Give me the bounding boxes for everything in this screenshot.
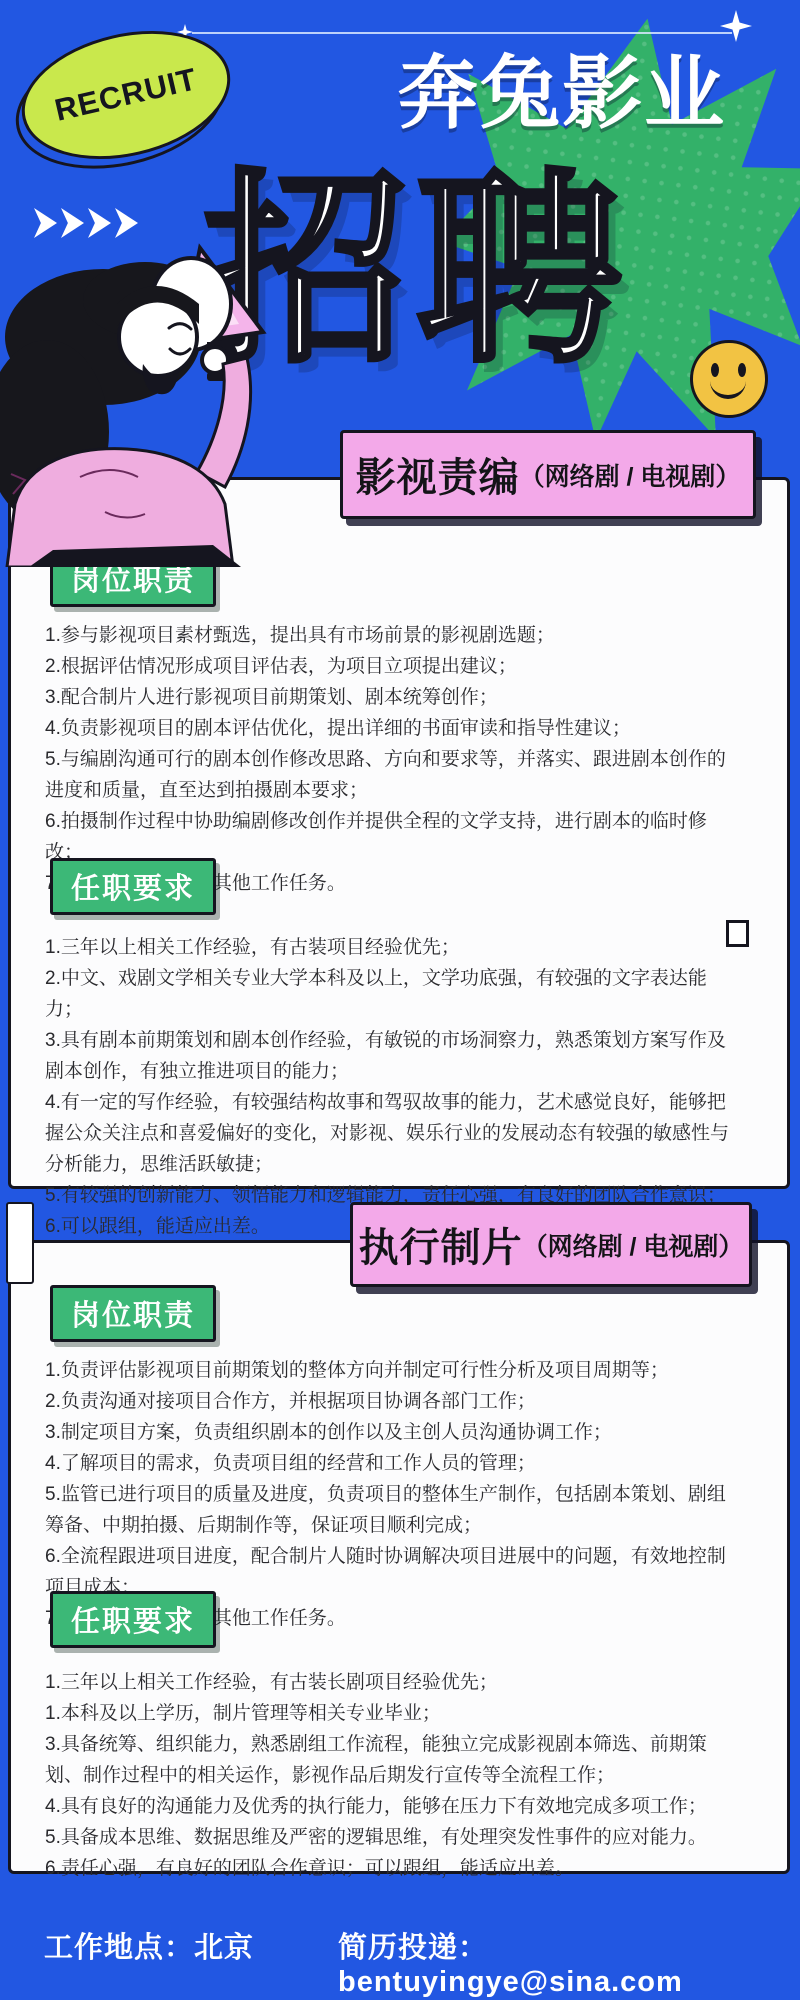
- list-item: 3.制定项目方案，负责组织剧本的创作以及主创人员沟通协调工作；: [45, 1417, 737, 1448]
- job-banner-producer: 执行制片（网络剧 / 电视剧）: [350, 1202, 752, 1287]
- list-item: 1.参与影视项目素材甄选，提出具有市场前景的影视剧选题；: [45, 620, 737, 651]
- recruitment-poster: RECRUIT 奔兔影业 招聘: [0, 0, 800, 2000]
- list-item: 5.与编剧沟通可行的剧本创作修改思路、方向和要求等，并落实、跟进剧本创作的进度和…: [45, 744, 737, 806]
- requirements-list: 1.三年以上相关工作经验，有古装长剧项目经验优先；1.本科及以上学历，制片管理等…: [45, 1667, 737, 1884]
- list-item: 4.负责影视项目的剧本评估优化，提出详细的书面审读和指导性建议；: [45, 713, 737, 744]
- list-item: 6.责任心强，有良好的团队合作意识；可以跟组，能适应出差。: [45, 1853, 737, 1884]
- location-label: 工作地点：: [44, 1932, 194, 1964]
- list-item: 4.了解项目的需求，负责项目组的经营和工作人员的管理；: [45, 1448, 737, 1479]
- duties-header-button: 岗位职责: [50, 1285, 216, 1342]
- list-item: 1.三年以上相关工作经验，有古装项目经验优先；: [45, 932, 737, 963]
- job-title: 影视责编: [356, 446, 520, 503]
- requirements-header-button: 任职要求: [50, 1591, 216, 1648]
- list-item: 4.具有良好的沟通能力及优秀的执行能力，能够在压力下有效地完成多项工作；: [45, 1791, 737, 1822]
- divider-line: [192, 32, 732, 34]
- requirements-list: 1.三年以上相关工作经验，有古装项目经验优先；2.中文、戏剧文学相关专业大学本科…: [45, 932, 737, 1242]
- sparkle-icon: [720, 10, 752, 42]
- smiley-eye: [738, 363, 746, 377]
- recruit-badge: RECRUIT: [9, 12, 243, 179]
- job-card-producer: 岗位职责 1.负责评估影视项目前期策划的整体方向并制定可行性分析及项目周期等；2…: [8, 1240, 790, 1874]
- list-item: 3.具备统筹、组织能力，熟悉剧组工作流程，能独立完成影视剧本筛选、前期策划、制作…: [45, 1729, 737, 1791]
- footer-location: 工作地点：北京: [44, 1925, 254, 1966]
- footer-email: 简历投递：bentuyingye@sina.com: [338, 1925, 800, 1999]
- job-scope: （网络剧 / 电视剧）: [520, 457, 741, 493]
- left-tab-marker: [6, 1202, 34, 1284]
- list-item: 4.有一定的写作经验，有较强结构故事和驾驭故事的能力，艺术感觉良好，能够把握公众…: [45, 1087, 737, 1180]
- company-title: 奔兔影业: [362, 50, 762, 138]
- requirements-header-button: 任职要求: [50, 858, 216, 915]
- job-card-editor: 岗位职责 1.参与影视项目素材甄选，提出具有市场前景的影视剧选题；2.根据评估情…: [8, 477, 790, 1189]
- list-item: 5.监管已进行项目的质量及进度，负责项目的整体生产制作，包括剧本策划、剧组筹备、…: [45, 1479, 737, 1541]
- list-item: 1.三年以上相关工作经验，有古装长剧项目经验优先；: [45, 1667, 737, 1698]
- list-item: 1.负责评估影视项目前期策划的整体方向并制定可行性分析及项目周期等；: [45, 1355, 737, 1386]
- job-title: 执行制片: [359, 1216, 523, 1273]
- list-item: 1.本科及以上学历，制片管理等相关专业毕业；: [45, 1698, 737, 1729]
- list-item: 2.中文、戏剧文学相关专业大学本科及以上，文学功底强，有较强的文字表达能力；: [45, 963, 737, 1025]
- list-item: 5.具备成本思维、数据思维及严密的逻辑思维，有处理突发性事件的应对能力。: [45, 1822, 737, 1853]
- email-label: 简历投递：: [338, 1932, 488, 1964]
- smiley-eye: [711, 363, 719, 377]
- smiley-icon: [690, 340, 768, 418]
- location-value: 北京: [194, 1932, 254, 1964]
- list-item: 3.具有剧本前期策划和剧本创作经验，有敏锐的市场洞察力，熟悉策划方案写作及剧本创…: [45, 1025, 737, 1087]
- list-item: 2.负责沟通对接项目合作方，并根据项目协调各部门工作；: [45, 1386, 737, 1417]
- list-item: 2.根据评估情况形成项目评估表，为项目立项提出建议；: [45, 651, 737, 682]
- list-item: 3.配合制片人进行影视项目前期策划、剧本统筹创作；: [45, 682, 737, 713]
- email-address[interactable]: bentuyingye@sina.com: [338, 1966, 683, 1998]
- woman-megaphone-illustration: [0, 232, 275, 567]
- job-scope: （网络剧 / 电视剧）: [523, 1227, 744, 1263]
- job-banner-editor: 影视责编（网络剧 / 电视剧）: [340, 430, 756, 519]
- smiley-mouth: [710, 377, 746, 399]
- recruit-badge-label: RECRUIT: [9, 12, 243, 179]
